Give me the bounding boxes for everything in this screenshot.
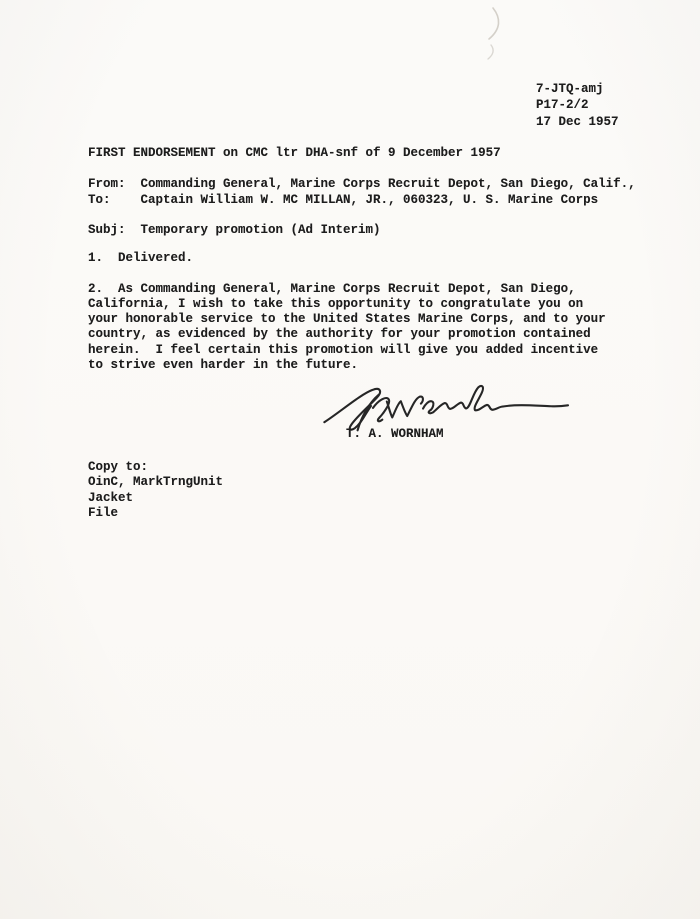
copy-to-block: Copy to: OinC, MarkTrngUnit Jacket File	[88, 460, 223, 522]
paragraph-2-line: to strive even harder in the future.	[88, 358, 606, 373]
from-row: From: Commanding General, Marine Corps R…	[88, 177, 636, 193]
endorsement-title: FIRST ENDORSEMENT on CMC ltr DHA-snf of …	[88, 146, 501, 161]
copy-to-item: OinC, MarkTrngUnit	[88, 475, 223, 490]
paragraph-2-line: country, as evidenced by the authority f…	[88, 327, 606, 342]
paragraph-1: 1. Delivered.	[88, 251, 193, 266]
from-value: Commanding General, Marine Corps Recruit…	[141, 177, 636, 193]
stray-pencil-mark	[477, 5, 503, 61]
originator-code: 7-JTQ-amj	[536, 81, 619, 97]
letter-date: 17 Dec 1957	[536, 114, 619, 130]
address-block: From: Commanding General, Marine Corps R…	[88, 177, 636, 208]
copy-to-item: File	[88, 506, 223, 521]
from-label: From:	[88, 177, 141, 193]
paragraph-2-line: California, I wish to take this opportun…	[88, 297, 606, 312]
paragraph-2-line: your honorable service to the United Sta…	[88, 312, 606, 327]
subject-label: Subj:	[88, 223, 141, 239]
handwritten-signature-scrawl	[320, 381, 572, 433]
subject-row: Subj: Temporary promotion (Ad Interim)	[88, 223, 381, 239]
scanned-letter-page: 7-JTQ-amj P17-2/2 17 Dec 1957 FIRST ENDO…	[0, 0, 700, 919]
reference-block: 7-JTQ-amj P17-2/2 17 Dec 1957	[536, 81, 619, 130]
paragraph-2: 2. As Commanding General, Marine Corps R…	[88, 282, 606, 374]
to-row: To: Captain William W. MC MILLAN, JR., 0…	[88, 193, 636, 209]
copy-to-label: Copy to:	[88, 460, 223, 475]
paragraph-2-line: herein. I feel certain this promotion wi…	[88, 343, 606, 358]
signer-name: T. A. WORNHAM	[346, 427, 580, 442]
paragraph-2-line: 2. As Commanding General, Marine Corps R…	[88, 282, 606, 297]
copy-to-item: Jacket	[88, 491, 223, 506]
subject-value: Temporary promotion (Ad Interim)	[141, 223, 381, 239]
signature-block: T. A. WORNHAM	[320, 381, 580, 442]
file-number: P17-2/2	[536, 97, 619, 113]
to-label: To:	[88, 193, 141, 209]
to-value: Captain William W. MC MILLAN, JR., 06032…	[141, 193, 599, 209]
